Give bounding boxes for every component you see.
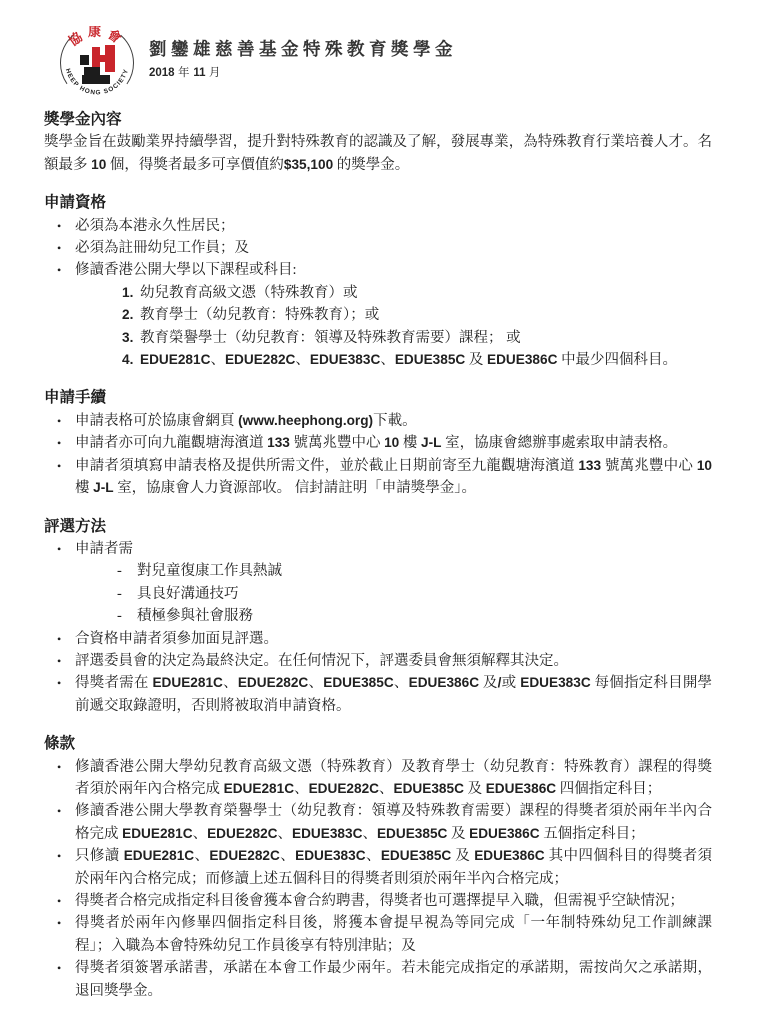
number-marker: 3. [122, 327, 133, 349]
section-heading: 申請手續 [44, 387, 712, 409]
item-text: 獎學金旨在鼓勵業界持續學習，提升對特殊教育的認識及了解，發展專業，為特殊教育行業… [44, 134, 712, 172]
list-item: •申請表格可於協康會網頁 (www.heephong.org)下載。 [44, 410, 712, 432]
bullet-marker: • [57, 890, 61, 912]
list-item: 2.教育學士（幼兒教育：特殊教育）；或 [44, 304, 712, 326]
bullet-marker: • [57, 756, 61, 778]
item-text: 積極參與社會服務 [137, 608, 253, 624]
bullet-marker: • [57, 455, 61, 477]
bullet-marker: • [57, 215, 61, 237]
item-text: 具良好溝通技巧 [137, 586, 239, 602]
list-item: •合資格申請者須參加面見評選。 [44, 628, 712, 650]
bullet-marker: • [57, 957, 61, 979]
list-item: •得獎者須簽署承諾書，承諾在本會工作最少兩年。若未能完成指定的承諾期，需按尚欠之… [44, 957, 712, 1002]
number-marker: 2. [122, 304, 133, 326]
item-text: 教育學士（幼兒教育：特殊教育）；或 [140, 307, 379, 323]
bullet-marker: • [57, 800, 61, 822]
list-item: •申請者亦可向九龍觀塘海濱道 133 號萬兆豐中心 10 樓 J-L 室，協康會… [44, 432, 712, 454]
bullet-marker: • [57, 672, 61, 694]
item-text: 申請表格可於協康會網頁 (www.heephong.org)下載。 [75, 413, 417, 429]
list-item: •得獎者需在 EDUE281C、EDUE282C、EDUE385C、EDUE38… [44, 672, 712, 717]
list-item: •必須為註冊幼兒工作員；及 [44, 237, 712, 259]
bullet-marker: • [57, 538, 61, 560]
bullet-marker: • [57, 845, 61, 867]
document-date: 2018 年 11 月 [149, 64, 457, 80]
bullet-marker: • [57, 628, 61, 650]
document-body: 獎學金內容獎學金旨在鼓勵業界持續學習，提升對特殊教育的認識及了解，發展專業，為特… [44, 99, 712, 1002]
list-item: •申請者須填寫申請表格及提供所需文件，並於截止日期前寄至九龍觀塘海濱道 133 … [44, 455, 712, 500]
section-4: 評選方法•申請者需-對兒童復康工作具熱誠-具良好溝通技巧-積極參與社會服務•合資… [44, 516, 712, 718]
section-5: 條款•修讀香港公開大學幼兒教育高級文憑（特殊教育）及教育學士（幼兒教育：特殊教育… [44, 733, 712, 1002]
logo-emblem-icon: 協康會 HEEP HONG SOCIETY [55, 26, 143, 100]
item-text: 申請者須填寫申請表格及提供所需文件，並於截止日期前寄至九龍觀塘海濱道 133 號… [75, 458, 712, 496]
section-2: 申請資格•必須為本港永久性居民；•必須為註冊幼兒工作員；及•修讀香港公開大學以下… [44, 192, 712, 371]
item-text: EDUE281C、EDUE282C、EDUE383C、EDUE385C 及 ED… [140, 352, 677, 368]
section-heading: 條款 [44, 733, 712, 755]
document-header: 協康會 HEEP HONG SOCIETY 劉鑾雄慈善基金特殊教育獎學金 201… [55, 26, 457, 100]
dash-marker: - [117, 605, 122, 627]
list-item: •申請者需 [44, 538, 712, 560]
dash-marker: - [117, 583, 122, 605]
list-item: •必須為本港永久性居民； [44, 215, 712, 237]
item-text: 評選委員會的決定為最終決定。在任何情況下，評選委員會無須解釋其決定。 [75, 653, 568, 669]
bullet-marker: • [57, 432, 61, 454]
bullet-marker: • [57, 912, 61, 934]
paragraph: 獎學金旨在鼓勵業界持續學習，提升對特殊教育的認識及了解，發展專業，為特殊教育行業… [44, 131, 712, 176]
bullet-marker: • [57, 237, 61, 259]
item-text: 得獎者需在 EDUE281C、EDUE282C、EDUE385C、EDUE386… [75, 675, 712, 713]
list-item: •得獎者於兩年內修畢四個指定科目後，將獲本會提早視為等同完成「一年制特殊幼兒工作… [44, 912, 712, 957]
title-block: 劉鑾雄慈善基金特殊教育獎學金 2018 年 11 月 [149, 26, 457, 80]
item-text: 修讀香港公開大學以下課程或科目: [75, 262, 297, 278]
item-text: 修讀香港公開大學幼兒教育高級文憑（特殊教育）及教育學士（幼兒教育：特殊教育）課程… [75, 759, 712, 797]
dash-marker: - [117, 560, 122, 582]
item-text: 對兒童復康工作具熱誠 [137, 563, 282, 579]
item-text: 幼兒教育高級文憑（特殊教育）或 [140, 285, 358, 301]
item-text: 申請者亦可向九龍觀塘海濱道 133 號萬兆豐中心 10 樓 J-L 室，協康會總… [75, 435, 677, 451]
item-text: 得獎者須簽署承諾書，承諾在本會工作最少兩年。若未能完成指定的承諾期，需按尚欠之承… [75, 960, 712, 998]
item-text: 申請者需 [75, 541, 133, 557]
list-item: •修讀香港公開大學教育榮譽學士（幼兒教育：領導及特殊教育需要）課程的得獎者須於兩… [44, 800, 712, 845]
logo-block-figure [80, 45, 115, 84]
section-3: 申請手續•申請表格可於協康會網頁 (www.heephong.org)下載。•申… [44, 387, 712, 499]
item-text: 得獎者合格完成指定科目後會獲本會合約聘書，得獎者也可選擇提早入職，但需視乎空缺情… [75, 893, 684, 909]
list-item: •修讀香港公開大學以下課程或科目: [44, 259, 712, 281]
item-text: 只修讀 EDUE281C、EDUE282C、EDUE383C、EDUE385C … [75, 848, 712, 886]
logo-chinese-name: 協康會 [66, 26, 128, 49]
list-item: 1.幼兒教育高級文憑（特殊教育）或 [44, 282, 712, 304]
bullet-marker: • [57, 410, 61, 432]
bullet-marker: • [57, 650, 61, 672]
item-text: 必須為註冊幼兒工作員；及 [75, 240, 249, 256]
heep-hong-society-logo: 協康會 HEEP HONG SOCIETY [55, 26, 143, 100]
item-text: 得獎者於兩年內修畢四個指定科目後，將獲本會提早視為等同完成「一年制特殊幼兒工作訓… [75, 915, 712, 953]
list-item: -具良好溝通技巧 [44, 583, 712, 605]
section-heading: 申請資格 [44, 192, 712, 214]
list-item: •只修讀 EDUE281C、EDUE282C、EDUE383C、EDUE385C… [44, 845, 712, 890]
section-1: 獎學金內容獎學金旨在鼓勵業界持續學習，提升對特殊教育的認識及了解，發展專業，為特… [44, 109, 712, 176]
list-item: •修讀香港公開大學幼兒教育高級文憑（特殊教育）及教育學士（幼兒教育：特殊教育）課… [44, 756, 712, 801]
item-text: 教育榮譽學士（幼兒教育：領導及特殊教育需要）課程； 或 [140, 330, 521, 346]
bullet-marker: • [57, 259, 61, 281]
item-text: 修讀香港公開大學教育榮譽學士（幼兒教育：領導及特殊教育需要）課程的得獎者須於兩年… [75, 803, 712, 841]
section-heading: 獎學金內容 [44, 109, 712, 131]
list-item: •評選委員會的決定為最終決定。在任何情況下，評選委員會無須解釋其決定。 [44, 650, 712, 672]
list-item: -積極參與社會服務 [44, 605, 712, 627]
item-text: 合資格申請者須參加面見評選。 [75, 631, 278, 647]
number-marker: 1. [122, 282, 133, 304]
section-heading: 評選方法 [44, 516, 712, 538]
item-text: 必須為本港永久性居民； [75, 218, 235, 234]
list-item: •得獎者合格完成指定科目後會獲本會合約聘書，得獎者也可選擇提早入職，但需視乎空缺… [44, 890, 712, 912]
list-item: -對兒童復康工作具熱誠 [44, 560, 712, 582]
list-item: 4.EDUE281C、EDUE282C、EDUE383C、EDUE385C 及 … [44, 349, 712, 371]
list-item: 3.教育榮譽學士（幼兒教育：領導及特殊教育需要）課程； 或 [44, 327, 712, 349]
document-title: 劉鑾雄慈善基金特殊教育獎學金 [149, 39, 457, 59]
document-page: 協康會 HEEP HONG SOCIETY 劉鑾雄慈善基金特殊教育獎學金 201… [0, 0, 770, 1024]
number-marker: 4. [122, 349, 133, 371]
